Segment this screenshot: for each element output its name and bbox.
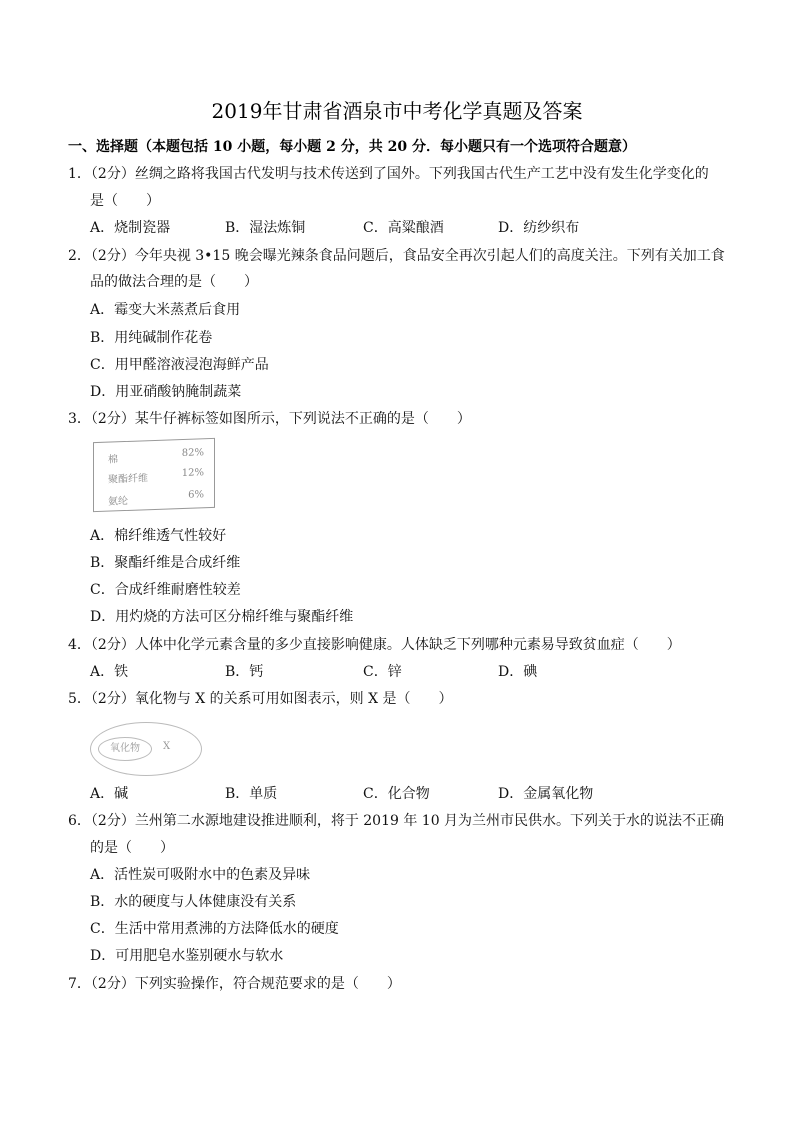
question-4-option-c: C．锌 xyxy=(363,662,402,682)
question-6-stem-cont: 的是（ ） xyxy=(90,838,174,858)
question-2-option-a: A．霉变大米蒸煮后食用 xyxy=(90,300,240,320)
question-6-option-d: D．可用肥皂水鉴别硬水与软水 xyxy=(90,946,283,966)
question-2-option-b: B．用纯碱制作花卷 xyxy=(90,328,212,348)
fiber-name: 棉 xyxy=(108,450,118,465)
label-row: 聚酯纤维 12% xyxy=(108,467,204,485)
set-diagram-inner-ellipse: 氧化物 xyxy=(98,737,152,761)
document-title: 2019年甘肃省酒泉市中考化学真题及答案 xyxy=(0,96,794,126)
fiber-percent: 82% xyxy=(182,447,204,463)
question-6-stem: 6．（2分）兰州第二水源地建设推进顺利，将于 2019 年 10 月为兰州市民供… xyxy=(68,811,724,831)
question-5-option-b: B．单质 xyxy=(225,784,277,804)
question-4-option-b: B．钙 xyxy=(225,662,263,682)
fiber-name: 聚酯纤维 xyxy=(108,469,148,485)
question-1-stem: 1．（2分）丝绸之路将我国古代发明与技术传送到了国外。下列我国古代生产工艺中没有… xyxy=(68,164,709,184)
question-4-option-a: A．铁 xyxy=(90,662,128,682)
question-1-option-c: C．高粱酿酒 xyxy=(363,218,444,238)
question-2-option-d: D．用亚硝酸钠腌制蔬菜 xyxy=(90,382,241,402)
question-4-option-d: D．碘 xyxy=(498,662,537,682)
fiber-name: 氨纶 xyxy=(108,492,128,508)
question-3-stem: 3．（2分）某牛仔裤标签如图所示，下列说法不正确的是（ ） xyxy=(68,409,471,429)
question-2-stem-cont: 品的做法合理的是（ ） xyxy=(90,272,258,292)
fiber-percent: 12% xyxy=(182,467,204,483)
question-3-option-a: A．棉纤维透气性较好 xyxy=(90,526,226,546)
label-row: 棉 82% xyxy=(108,447,204,465)
question-4-stem: 4．（2分）人体中化学元素含量的多少直接影响健康。人体缺乏下列哪种元素易导致贫血… xyxy=(68,635,681,655)
question-1-option-d: D．纺纱织布 xyxy=(498,218,579,238)
question-1-option-a: A．烧制瓷器 xyxy=(90,218,170,238)
question-5-stem: 5．（2分）氧化物与 X 的关系可用如图表示，则 X 是（ ） xyxy=(68,689,453,709)
question-5-option-a: A．碱 xyxy=(90,784,128,804)
question-2-stem: 2．（2分）今年央视 3•15 晚会曝光辣条食品问题后，食品安全再次引起人们的高… xyxy=(68,246,725,266)
question-5-option-c: C．化合物 xyxy=(363,784,430,804)
question-2-option-c: C．用甲醛溶液浸泡海鲜产品 xyxy=(90,355,269,375)
question-3-option-c: C．合成纤维耐磨性较差 xyxy=(90,580,241,600)
question-1-option-b: B．湿法炼铜 xyxy=(225,218,305,238)
set-diagram-x-label: X xyxy=(163,741,170,752)
question-6-option-b: B．水的硬度与人体健康没有关系 xyxy=(90,892,296,912)
label-row: 氨纶 6% xyxy=(108,489,204,507)
clothing-label-figure: 棉 82% 聚酯纤维 12% 氨纶 6% xyxy=(93,438,215,512)
question-6-option-a: A．活性炭可吸附水中的色素及异味 xyxy=(90,865,310,885)
question-1-stem-cont: 是（ ） xyxy=(90,191,160,211)
question-3-option-b: B．聚酯纤维是合成纤维 xyxy=(90,553,240,573)
fiber-percent: 6% xyxy=(188,489,204,505)
section-heading: 一、选择题（本题包括 10 小题，每小题 2 分，共 20 分．每小题只有一个选… xyxy=(68,137,636,157)
question-6-option-c: C．生活中常用煮沸的方法降低水的硬度 xyxy=(90,919,339,939)
question-5-option-d: D．金属氧化物 xyxy=(498,784,593,804)
question-7-stem: 7．（2分）下列实验操作，符合规范要求的是（ ） xyxy=(68,974,401,994)
question-3-option-d: D．用灼烧的方法可区分棉纤维与聚酯纤维 xyxy=(90,607,353,627)
